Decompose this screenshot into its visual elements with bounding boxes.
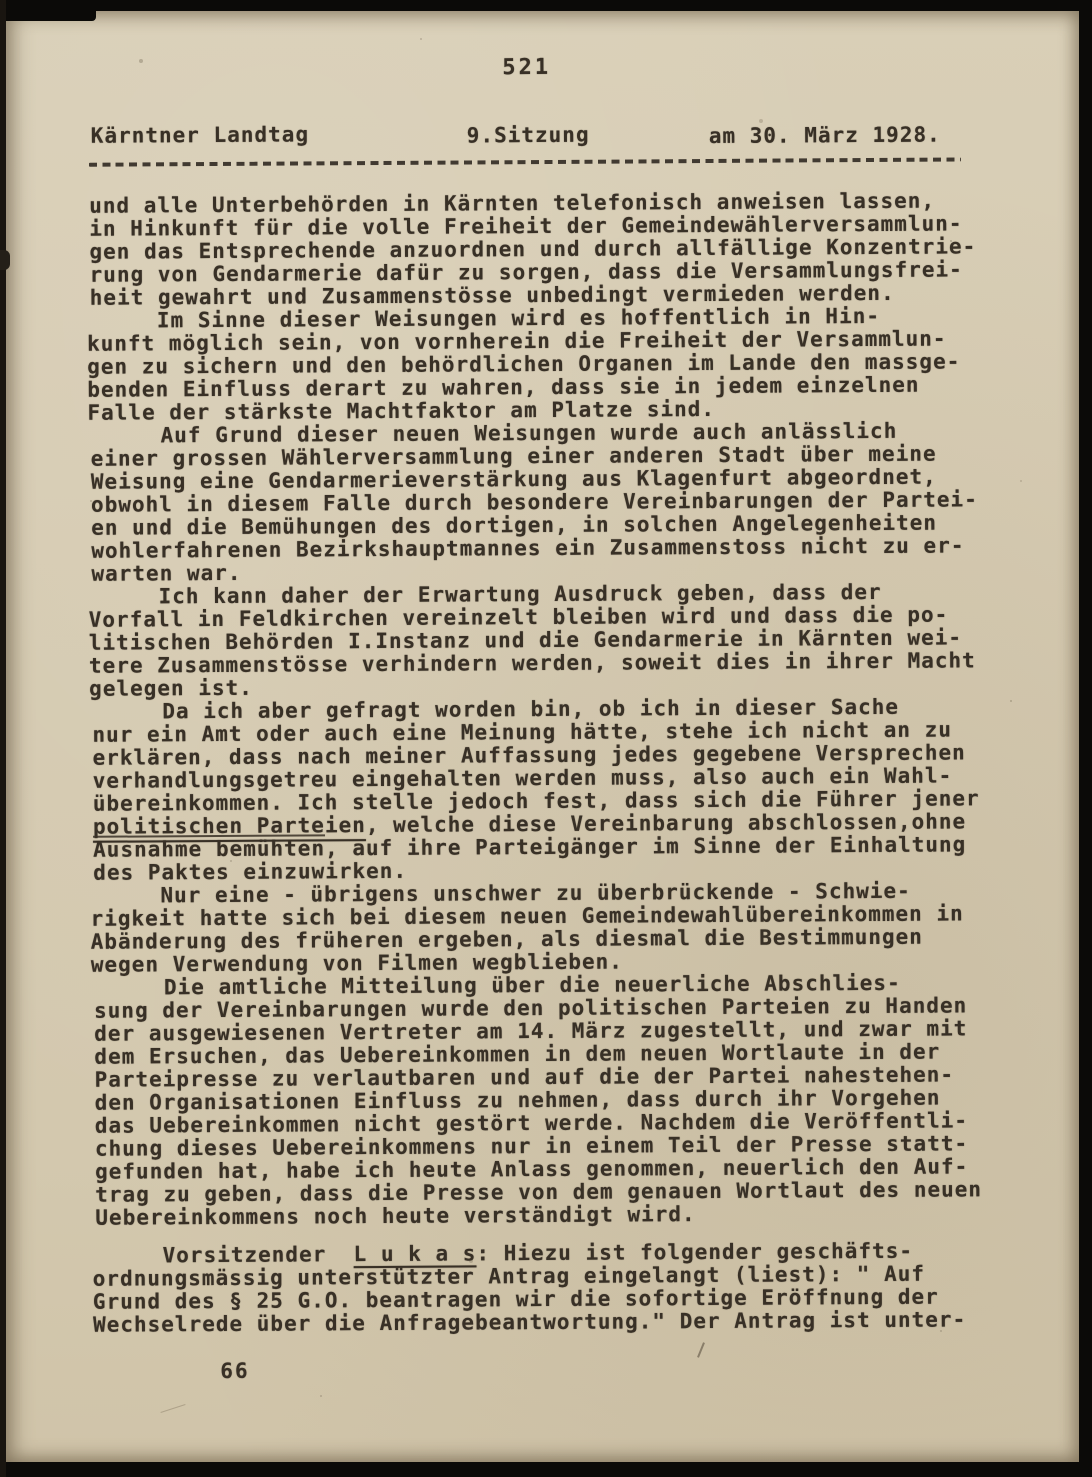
text-segment: Vorsitzender: [163, 1242, 354, 1267]
paragraph: und alle Unterbehörden in Kärnten telefo…: [89, 189, 982, 309]
emphasized-text: L u k a s: [354, 1241, 477, 1266]
paragraph: Da ich aber gefragt worden bin, ob ich i…: [92, 695, 985, 884]
header-date: am 30. März 1928.: [709, 124, 941, 148]
text-line: Wechselrede über die Anfragebeantwortung…: [93, 1308, 988, 1336]
scan-edge-blemish: [0, 250, 10, 270]
scan-edge-bottom: [0, 1462, 1092, 1477]
typewritten-content: 521 Kärntner Landtag 9.Sitzung am 30. Mä…: [0, 0, 1092, 1477]
paragraph: Vorsitzender L u k a s: Hiezu ist folgen…: [93, 1239, 989, 1336]
paragraph: Nur eine - übrigens unschwer zu überbrüc…: [90, 879, 986, 976]
page-number: 521: [502, 56, 551, 79]
header-divider: [89, 157, 961, 166]
paragraph: Im Sinne dieser Weisungen wird es hoffen…: [87, 304, 983, 424]
paragraph: Ich kann daher der Erwartung Ausdruck ge…: [89, 580, 985, 700]
emphasized-text: Ausnahme bemühten: [93, 834, 325, 861]
text-line: Uebereinkommens noch heute verständigt w…: [95, 1201, 987, 1229]
text-segment: , auf ihre Parteigänger im Sinne der Ein…: [325, 832, 966, 860]
footer-sheet-number: 66: [220, 1360, 249, 1383]
scan-edge-top: [0, 0, 1092, 11]
paragraph: Auf Grund dieser neuen Weisungen wurde a…: [91, 419, 984, 585]
header-session-number: 9.Sitzung: [467, 124, 590, 148]
scan-edge-left: [0, 0, 6, 1477]
scan-corner-mark: [0, 0, 96, 21]
paragraph: Die amtliche Mitteilung über die neuerli…: [94, 971, 988, 1229]
document-body: und alle Unterbehörden in Kärnten telefo…: [89, 189, 988, 1336]
header-institution: Kärntner Landtag: [91, 123, 309, 147]
scanned-document-page: 521 Kärntner Landtag 9.Sitzung am 30. Mä…: [0, 0, 1092, 1477]
scan-edge-right: [1079, 0, 1092, 1477]
